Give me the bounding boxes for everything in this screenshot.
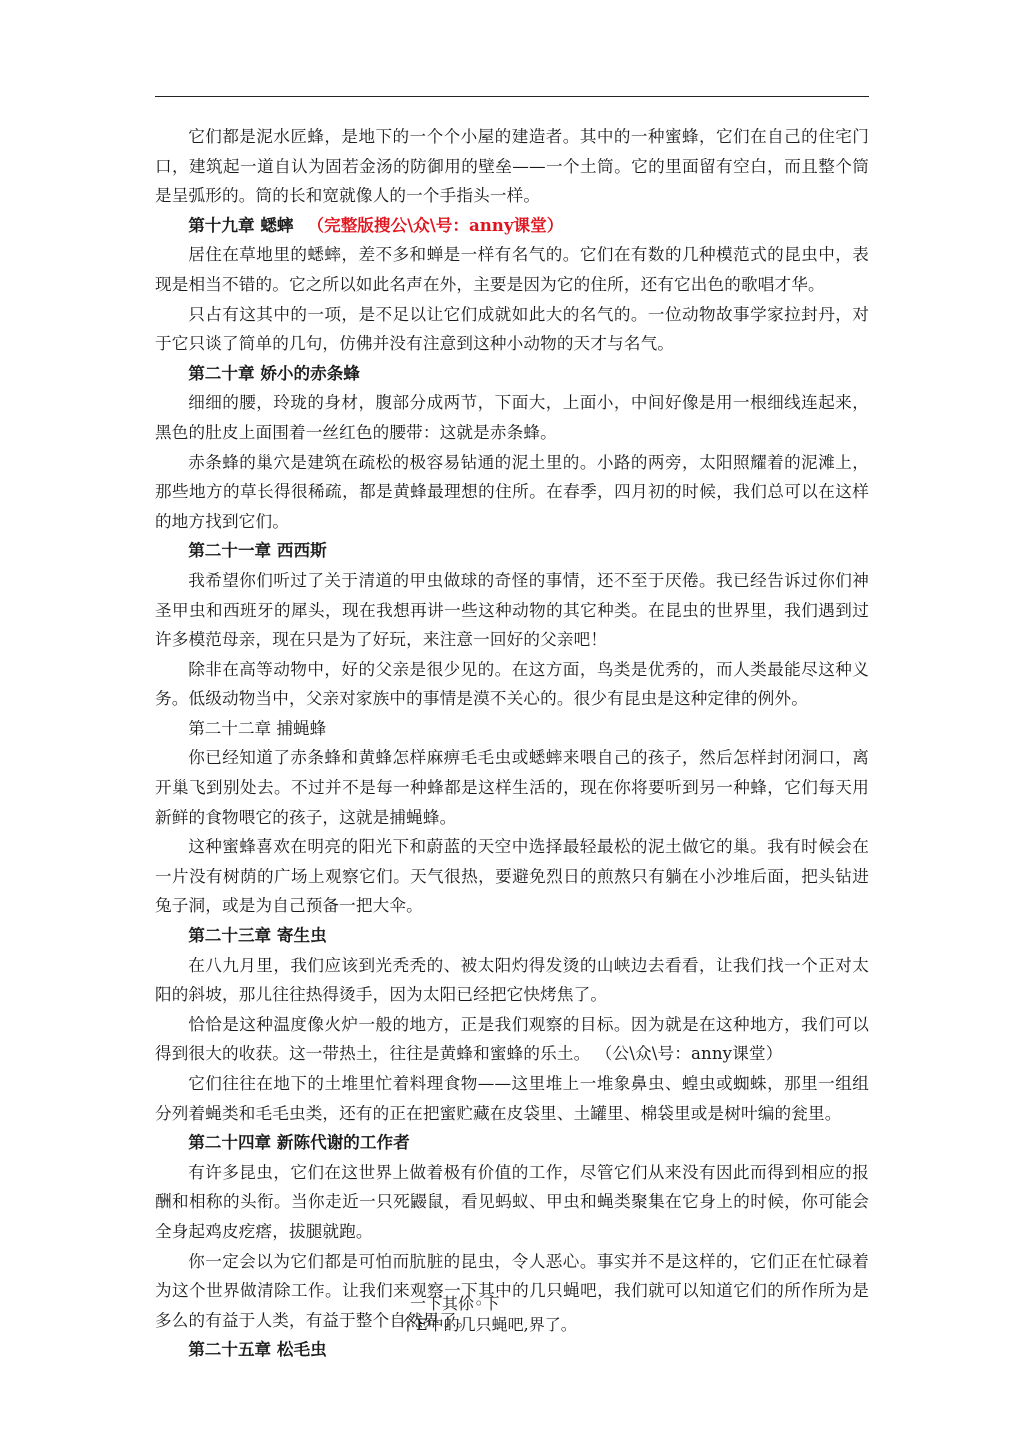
paragraph: 这种蜜蜂喜欢在明亮的阳光下和蔚蓝的天空中选择最轻最松的泥土做它的巢。我有时候会在…: [155, 832, 869, 921]
chapter-heading-25: 第二十五章 松毛虫: [155, 1335, 869, 1365]
header-rule: [155, 96, 869, 97]
paragraph: 我希望你们听过了关于清道的甲虫做球的奇怪的事情，还不至于厌倦。我已经告诉过你们神…: [155, 566, 869, 655]
chapter-heading-21: 第二十一章 西西斯: [155, 536, 869, 566]
chapter-heading-20: 第二十章 娇小的赤条蜂: [155, 359, 869, 389]
paragraph: 有许多昆虫，它们在这世界上做着极有价值的工作，尽管它们从来没有因此而得到相应的报…: [155, 1158, 869, 1247]
fragment-line-1: 一下其伱◦下: [380, 1293, 640, 1314]
chapter-heading-24: 第二十四章 新陈代谢的工作者: [155, 1128, 869, 1158]
fragment-line-2: 个E中的几只蝇吧,界了。: [380, 1314, 640, 1335]
paragraph: 恰恰是这种温度像火炉一般的地方，正是我们观察的目标。因为就是在这种地方，我们可以…: [155, 1010, 869, 1069]
promo-note: （完整版搜公\众\号：anny课堂）: [308, 215, 564, 235]
paragraph: 它们都是泥水匠蜂，是地下的一个个小屋的建造者。其中的一种蜜蜂，它们在自己的住宅门…: [155, 122, 869, 211]
chapter-title: 第十九章 蟋蟀: [188, 215, 293, 235]
chapter-heading-19: 第十九章 蟋蟀（完整版搜公\众\号：anny课堂）: [155, 211, 869, 241]
paragraph: 赤条蜂的巢穴是建筑在疏松的极容易钻通的泥土里的。小路的两旁，太阳照耀着的泥滩上，…: [155, 448, 869, 537]
chapter-heading-22: 第二十二章 捕蝇蜂: [155, 714, 869, 744]
document-body: 它们都是泥水匠蜂，是地下的一个个小屋的建造者。其中的一种蜜蜂，它们在自己的住宅门…: [155, 122, 869, 1365]
paragraph: 居住在草地里的蟋蟀，差不多和蝉是一样有名气的。它们在有数的几种模范式的昆虫中，表…: [155, 240, 869, 299]
paragraph: 除非在高等动物中，好的父亲是很少见的。在这方面，鸟类是优秀的，而人类最能尽这种义…: [155, 655, 869, 714]
paragraph: 只占有这其中的一项，是不足以让它们成就如此大的名气的。一位动物故事学家拉封丹，对…: [155, 300, 869, 359]
paragraph: 它们往往在地下的土堆里忙着料理食物——这里堆上一堆象鼻虫、蝗虫或蜘蛛，那里一组组…: [155, 1069, 869, 1128]
chapter-heading-23: 第二十三章 寄生虫: [155, 921, 869, 951]
paragraph: 在八九月里，我们应该到光秃秃的、被太阳灼得发烫的山峡边去看看，让我们找一个正对太…: [155, 951, 869, 1010]
text-fragment: 一下其伱◦下 个E中的几只蝇吧,界了。: [380, 1293, 640, 1335]
paragraph: 细细的腰，玲珑的身材，腹部分成两节，下面大，上面小，中间好像是用一根细线连起来，…: [155, 388, 869, 447]
paragraph: 你已经知道了赤条蜂和黄蜂怎样麻痹毛毛虫或蟋蟀来喂自己的孩子，然后怎样封闭洞口，离…: [155, 743, 869, 832]
